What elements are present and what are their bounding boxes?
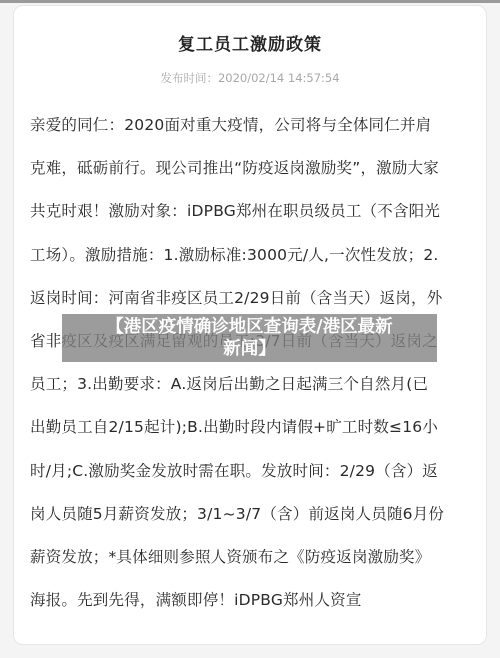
body-line: 亲爱的同仁：2020面对重大疫情，公司将与全体同仁并肩 [30, 109, 480, 152]
body-line: 薪资发放；*具体细则参照人资颁布之《防疫返岗激励奖》 [30, 541, 480, 584]
publish-time: 发布时间：2020/02/14 14:57:54 [14, 70, 486, 86]
body-line: 员工；3.出勤要求：A.返岗后出勤之日起满三个自然月(已 [30, 368, 480, 411]
body-line: 时/月;C.激励奖金发放时需在职。发放时间：2/29（含）返 [30, 455, 480, 498]
body-line: 岗人员随5月薪资发放；3/1~3/7（含）前返岗人员随6月份 [30, 498, 480, 541]
article-body: 亲爱的同仁：2020面对重大疫情，公司将与全体同仁并肩 克难，砥砺前行。现公司推… [30, 109, 480, 627]
overlay-line-2: 新闻】 [62, 338, 437, 360]
article-title: 复工员工激励政策 [14, 30, 486, 55]
top-edge-bar [0, 0, 500, 3]
body-line: 工场）。激励措施：1.激励标准:3000元/人,一次性发放；2. [30, 239, 480, 282]
headline-overlay-banner[interactable]: 【港区疫情确诊地区查询表/港区最新 新闻】 [62, 314, 437, 362]
body-line: 克难，砥砺前行。现公司推出“防疫返岗激励奖”，激励大家 [30, 152, 480, 195]
body-line: 海报。先到先得，满额即停！iDPBG郑州人资宣 [30, 584, 480, 627]
body-line: 出勤员工自2/15起计);B.出勤时段内请假+旷工时数≤16小 [30, 411, 480, 454]
body-line: 共克时艰！激励对象：iDPBG郑州在职员级员工（不含阳光 [30, 195, 480, 238]
overlay-line-1: 【港区疫情确诊地区查询表/港区最新 [62, 316, 437, 338]
